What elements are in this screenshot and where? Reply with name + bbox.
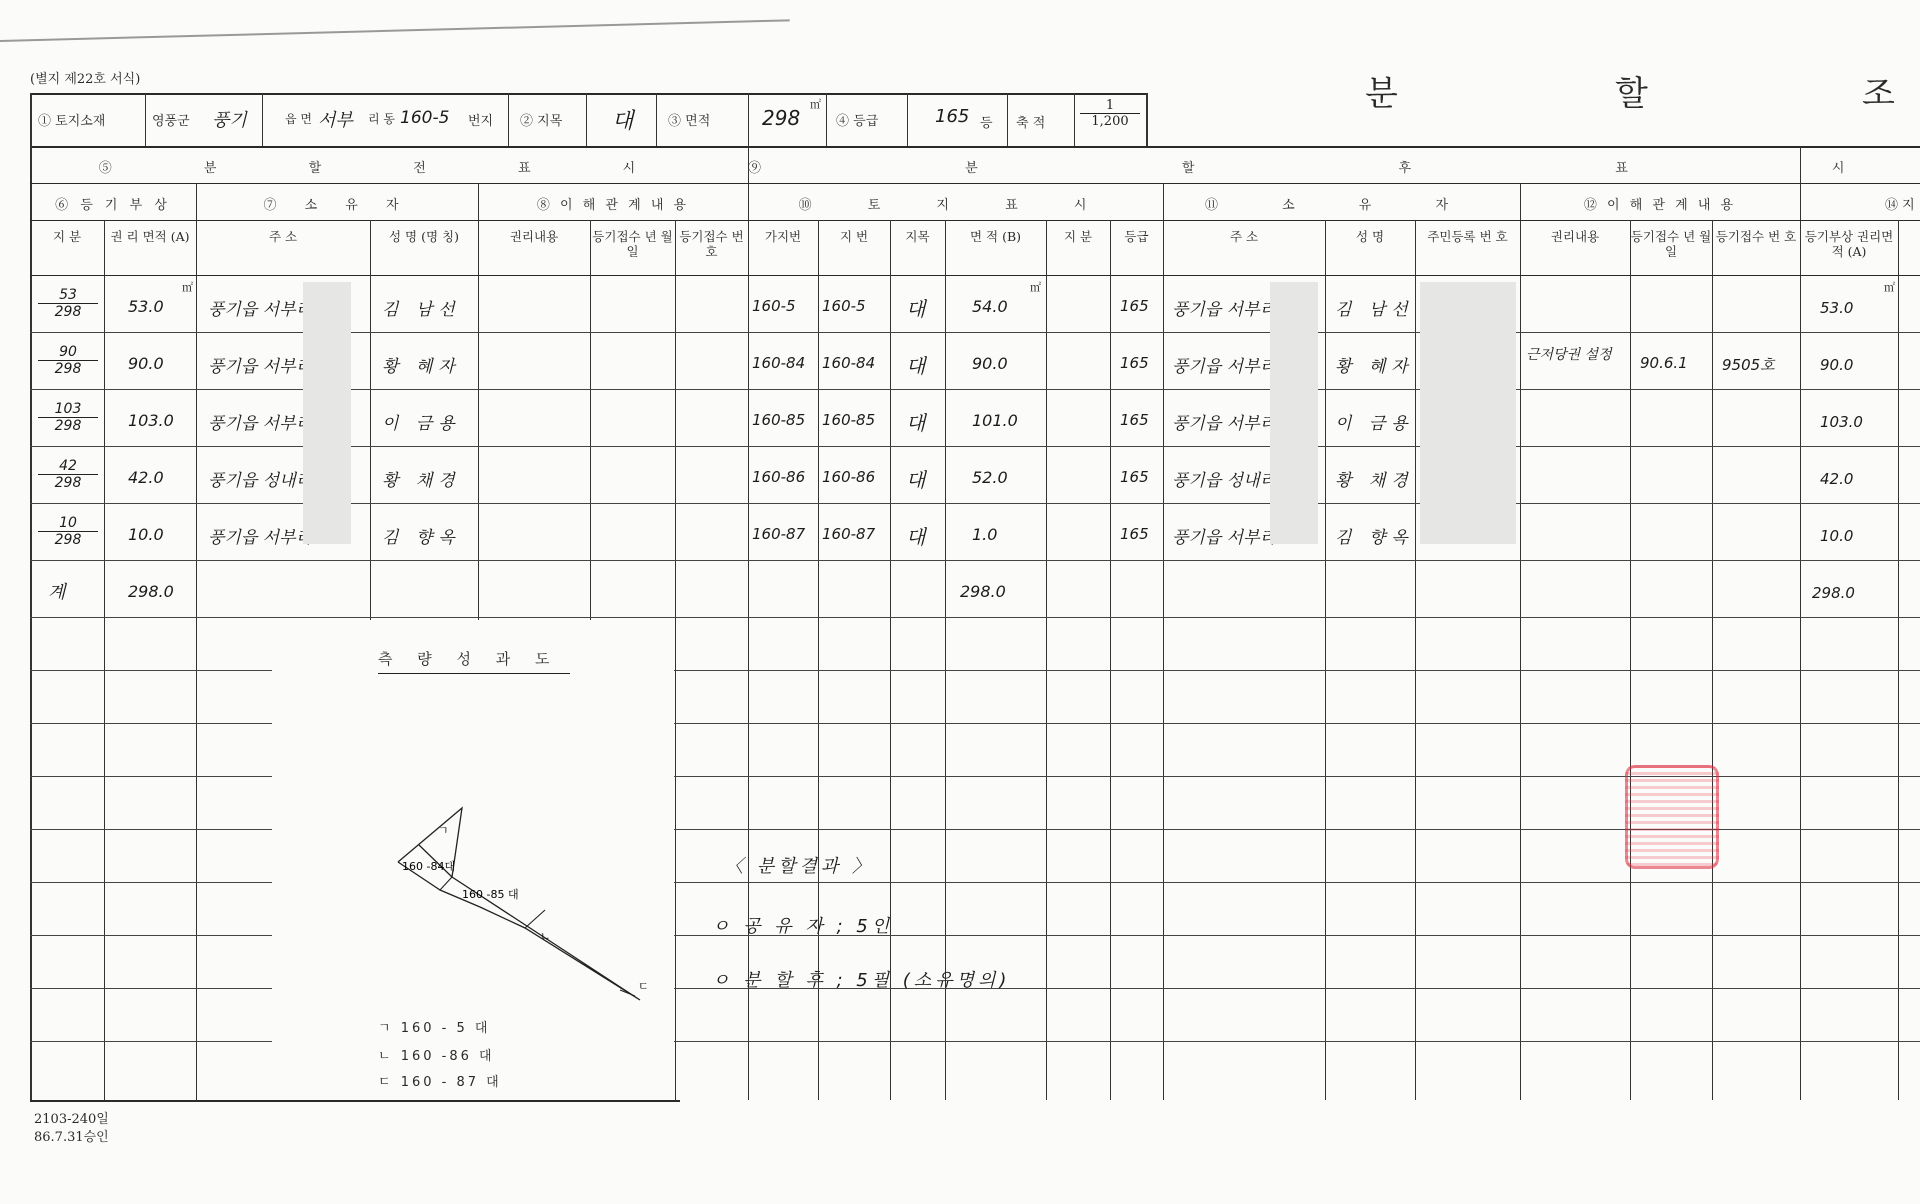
owner-name: 이 금용 [382, 409, 461, 434]
grade-value: 165 [1120, 297, 1149, 315]
area-b-value: 90.0 [972, 354, 1008, 373]
grade-value: 165 [1120, 354, 1149, 372]
owner-address: 풍기읍 성내리 [208, 466, 312, 491]
group-land: ⑩ 토 지 표 시 [748, 194, 1163, 213]
branch-number: 160-85 [752, 411, 805, 429]
owner-address-after: 풍기읍 서부리 [1172, 409, 1276, 434]
group-owner-before: ⑦ 소 유 자 [196, 194, 478, 213]
branch-number: 160-86 [752, 468, 805, 486]
lot-number: 160-86 [822, 468, 875, 486]
survey-legend-1: ㄱ 160 - 5 대 [378, 1017, 490, 1036]
col-right-content: 권리내용 [478, 229, 590, 244]
owner-address-after: 풍기읍 서부리 [1172, 523, 1276, 548]
col-receipt-date-after: 등기접수 년 월 일 [1630, 229, 1712, 259]
parcel-label-84: 160 -84대 [402, 859, 455, 873]
title-char-2: 할 [1615, 66, 1648, 115]
result-title: 〈 분할결과 〉 [725, 852, 874, 878]
col-receipt-no: 등기접수 번 호 [675, 229, 748, 259]
area-unit-before: ㎡ [182, 279, 193, 295]
grade-unit: 등 [980, 112, 993, 131]
share-fraction: 10298 [38, 515, 98, 548]
total-label: 계 [48, 578, 65, 604]
area-b-value: 52.0 [972, 468, 1008, 487]
share-fraction: 90298 [38, 344, 98, 377]
grade-value: 165 [1120, 411, 1149, 429]
after-section-title: ⑨ 분 할 후 표 시 [748, 157, 1798, 176]
owner-name-after: 김 남선 [1335, 295, 1414, 320]
right-content-after: 근저당권 설정 [1526, 346, 1621, 364]
group-interest-before: ⑧ 이 해 관 계 내 용 [478, 194, 748, 213]
survey-legend-3: ㄷ 160 - 87 대 [378, 1071, 502, 1090]
title-char-3: 조 [1862, 66, 1895, 115]
col-name-after: 성 명 [1325, 229, 1415, 244]
before-section-title: ⑤ 분 할 전 표 시 [30, 157, 748, 176]
col-right-content-after: 권리내용 [1520, 229, 1630, 244]
group-interest-after: ⑫ 이 해 관 계 내 용 [1520, 194, 1800, 213]
jimok-value: 대 [906, 464, 925, 493]
owner-address: 풍기읍 서부리 [208, 523, 312, 548]
col-jimok: 지목 [890, 229, 945, 244]
col-share: 지 분 [30, 229, 104, 244]
col-branch: 가지번 [748, 229, 818, 244]
grade-value: 165 [1120, 525, 1149, 543]
footer-line-1: 2103-240일 [34, 1108, 109, 1127]
adjust-title: ⑭ 지 [1885, 194, 1915, 213]
lot-number: 160-87 [822, 525, 875, 543]
receipt-no-after: 9505호 [1722, 354, 1775, 375]
total-area-before: 298.0 [128, 582, 174, 601]
title-char-1: 분 [1365, 66, 1398, 115]
lot-number: 160-85 [822, 411, 875, 429]
branch-number: 160-87 [752, 525, 805, 543]
adjust-total: 298.0 [1812, 584, 1855, 602]
form-id: (별지 제22호 서식) [30, 68, 140, 87]
owner-name: 김 향옥 [382, 523, 461, 548]
col-address-after: 주 소 [1163, 229, 1325, 244]
owner-address-after: 풍기읍 서부리 [1172, 295, 1276, 320]
location-label: ① 토지소재 [38, 110, 105, 129]
jimok-value: 대 [906, 350, 925, 379]
col-adjust-area: 등기부상 권리면적 (A) [1800, 229, 1898, 259]
owner-address-after: 풍기읍 서부리 [1172, 352, 1276, 377]
branch-number: 160-84 [752, 354, 805, 372]
branch-number: 160-5 [752, 297, 796, 315]
group-registry: ⑥ 등 기 부 상 [30, 194, 196, 213]
adjust-area-value: 103.0 [1820, 413, 1863, 431]
grade-value: 165 [935, 106, 969, 127]
total-area-after: 298.0 [960, 582, 1006, 601]
adjust-area-value: 90.0 [1820, 356, 1853, 374]
parcel-label-a: ㄱ [438, 824, 449, 837]
ri-label: 리 동 [368, 110, 395, 127]
col-grade: 등급 [1110, 229, 1163, 244]
result-line-1: ㅇ 공 유 자 ; 5인 [712, 912, 893, 938]
col-receipt-date: 등기접수 년 월 일 [590, 229, 675, 259]
owner-address: 풍기읍 서부리 [208, 409, 312, 434]
area-label: ③ 면적 [668, 110, 710, 129]
area-unit-after: ㎡ [1030, 279, 1041, 295]
owner-address-after: 풍기읍 성내리 [1172, 466, 1276, 491]
owner-name-after: 이 금용 [1335, 409, 1414, 434]
footer-line-2: 86.7.31승인 [34, 1126, 109, 1145]
share-fraction: 103298 [38, 401, 98, 434]
owner-name: 김 남선 [382, 295, 461, 320]
share-fraction: 42298 [38, 458, 98, 491]
col-resident-no: 주민등록 번 호 [1415, 229, 1520, 244]
adjust-area-value: 42.0 [1820, 470, 1853, 488]
right-area-value: 53.0 [128, 297, 164, 316]
col-share-after: 지 분 [1046, 229, 1110, 244]
jimok-value: 대 [612, 104, 633, 135]
official-seal [1625, 765, 1719, 869]
owner-name-after: 황 채경 [1335, 466, 1414, 491]
jimok-value: 대 [906, 293, 925, 322]
beonji-label: 번지 [468, 110, 493, 129]
area-unit-adjust: ㎡ [1884, 279, 1895, 295]
col-name: 성 명 (명 칭) [370, 229, 478, 244]
redacted-address-after [1270, 282, 1318, 544]
paper-edge [0, 19, 790, 42]
area-value: 298 [762, 106, 800, 130]
group-owner-after: ⑪ 소 유 자 [1163, 194, 1520, 213]
jimok-value: 대 [906, 521, 925, 550]
col-lot: 지 번 [818, 229, 890, 244]
right-area-value: 103.0 [128, 411, 174, 430]
scale-fraction: 1 1,200 [1080, 98, 1140, 129]
parcel-label-c: ㄷ [638, 980, 649, 993]
owner-name-after: 황 혜자 [1335, 352, 1414, 377]
share-fraction: 53298 [38, 287, 98, 320]
col-right-area: 권 리 면적 (A) [104, 229, 196, 244]
owner-address: 풍기읍 서부리 [208, 295, 312, 320]
right-area-value: 42.0 [128, 468, 164, 487]
owner-address: 풍기읍 서부리 [208, 352, 312, 377]
grade-value: 165 [1120, 468, 1149, 486]
owner-name-after: 김 향옥 [1335, 523, 1414, 548]
col-address: 주 소 [196, 229, 370, 244]
area-unit: ㎡ [810, 96, 821, 112]
area-b-value: 1.0 [972, 525, 997, 544]
town-value: 풍기 [212, 106, 247, 132]
parcel-label-85: 160 -85 대 [462, 887, 519, 901]
owner-name: 황 채경 [382, 466, 461, 491]
survey-legend-2: ㄴ 160 -86 대 [378, 1045, 495, 1064]
scale-label: 축 적 [1016, 112, 1045, 131]
col-receipt-no-after: 등기접수 번 호 [1712, 229, 1800, 244]
area-b-value: 101.0 [972, 411, 1018, 430]
lot-number: 160-84 [822, 354, 875, 372]
area-b-value: 54.0 [972, 297, 1008, 316]
grade-label: ④ 등급 [836, 110, 878, 129]
parcel-label-b: ㄴ [540, 930, 551, 943]
survey-title: 측 량 성 과 도 [378, 648, 570, 674]
lot-number-value: 160-5 [400, 108, 449, 128]
jimok-value: 대 [906, 407, 925, 436]
result-line-2: ㅇ 분 할 후 ; 5필 (소유명의) [712, 966, 1010, 992]
adjust-area-value: 10.0 [1820, 527, 1853, 545]
receipt-date-after: 90.6.1 [1640, 354, 1688, 372]
owner-name: 황 혜자 [382, 352, 461, 377]
right-area-value: 10.0 [128, 525, 164, 544]
redacted-resident-number [1420, 282, 1516, 544]
myeon-label: 읍 면 [285, 110, 312, 127]
adjust-area-value: 53.0 [1820, 299, 1853, 317]
redacted-address-before [303, 282, 351, 544]
lot-number: 160-5 [822, 297, 866, 315]
jimok-label: ② 지목 [520, 110, 562, 129]
right-area-value: 90.0 [128, 354, 164, 373]
county-label: 영풍군 [152, 110, 190, 129]
village-value: 서부 [318, 106, 353, 132]
survey-diagram: ㄱ 160 -84대 160 -85 대 ㄴ ㄷ [380, 790, 660, 1030]
col-area-b: 면 적 (B) [945, 229, 1046, 244]
